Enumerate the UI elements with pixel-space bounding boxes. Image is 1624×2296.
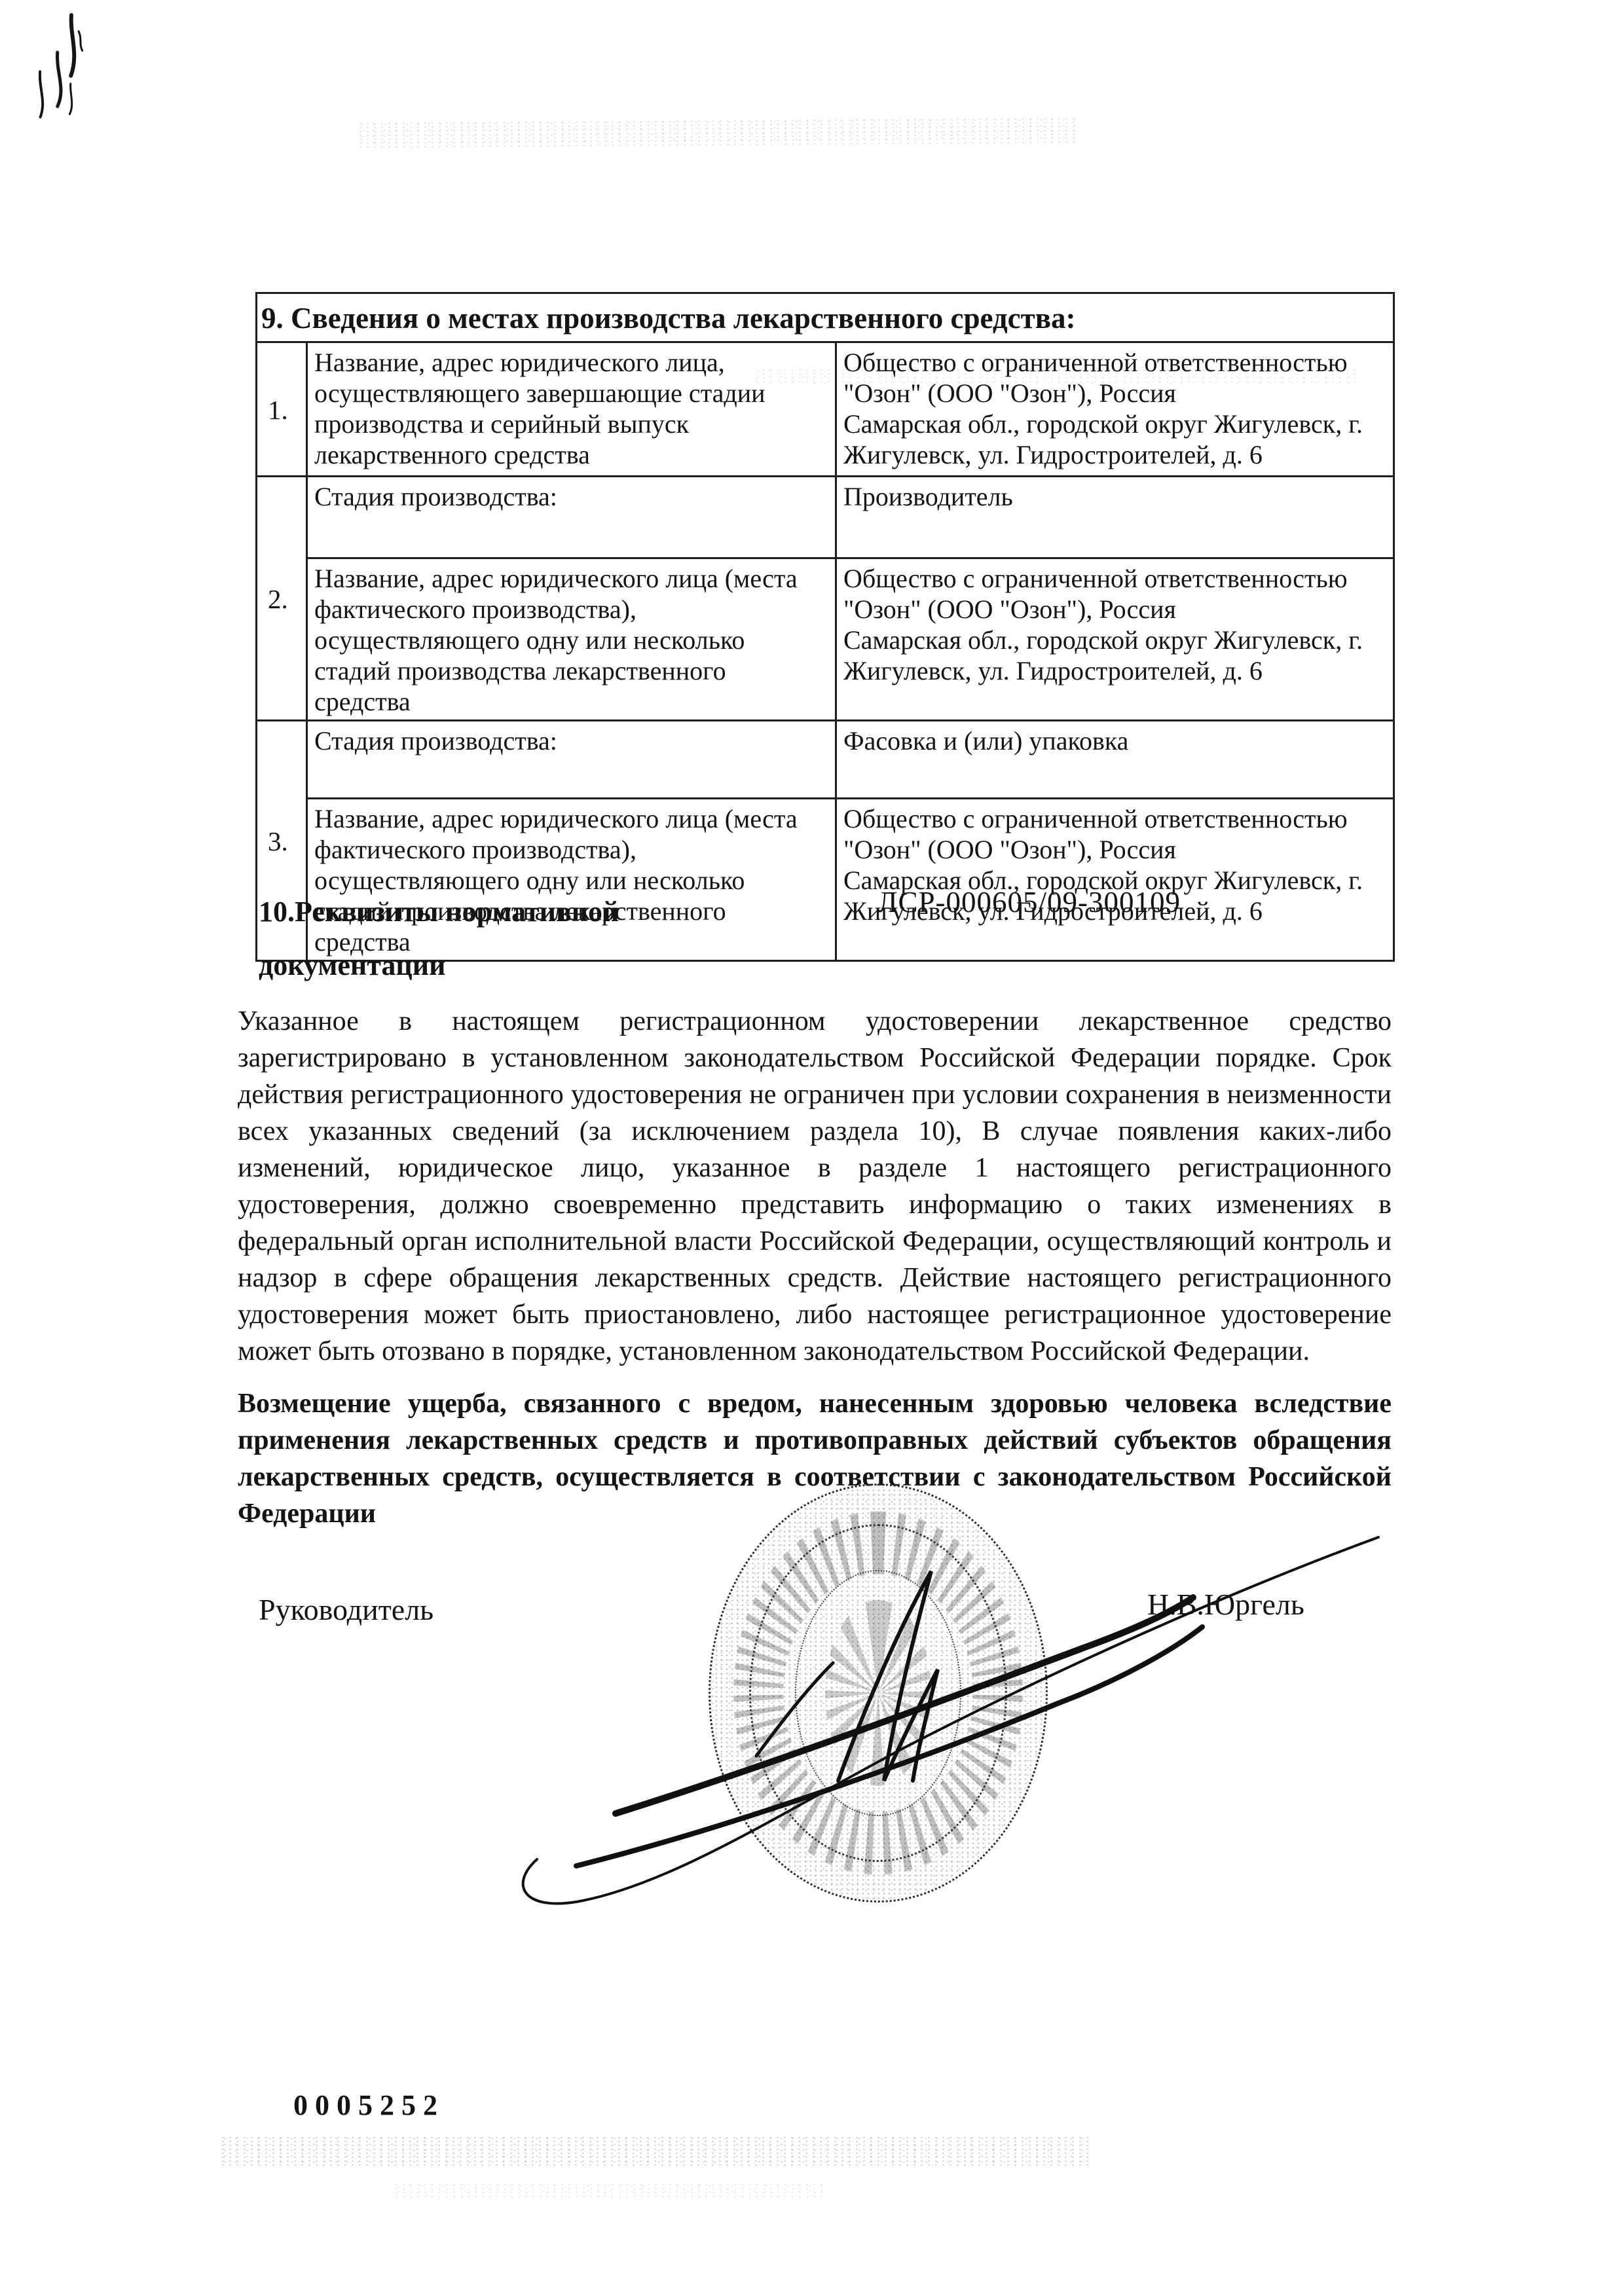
scanned-certificate-page: 9. Сведения о местах производства лекарс…	[0, 0, 1624, 2296]
row-value: Общество с ограниченной ответственностью…	[836, 799, 1394, 961]
table-title: 9. Сведения о местах производства лекарс…	[257, 293, 1394, 342]
scan-noise-band-top	[357, 117, 1077, 148]
table-row: 2. Стадия производства: Производитель	[257, 477, 1394, 558]
row-number: 1.	[257, 342, 307, 477]
row-value: Общество с ограниченной ответственностью…	[836, 342, 1394, 477]
scan-noise-band-bottom	[219, 2136, 1090, 2166]
value-line: Жигулевск, ул. Гидростроителей, д. 6	[843, 439, 1385, 470]
pencil-scribble-icon	[20, 2, 118, 126]
stage-label: Стадия производства:	[307, 477, 836, 558]
row-value: Общество с ограниченной ответственностью…	[836, 558, 1394, 721]
value-line: "Озон" (ООО "Озон"), Россия	[843, 834, 1385, 865]
handwritten-signature-icon	[498, 1473, 1414, 1931]
value-line: Общество с ограниченной ответственностью	[843, 347, 1385, 378]
value-line: "Озон" (ООО "Озон"), Россия	[843, 378, 1385, 409]
table-row: Название, адрес юридического лица (места…	[257, 558, 1394, 721]
value-line: Самарская обл., городской округ Жигулевс…	[843, 409, 1385, 439]
paragraph-legal: Указанное в настоящем регистрационном уд…	[238, 1003, 1392, 1370]
value-line: Общество с ограниченной ответственностью	[843, 803, 1385, 834]
value-line: Самарская обл., городской округ Жигулевс…	[843, 625, 1385, 655]
value-line: "Озон" (ООО "Озон"), Россия	[843, 594, 1385, 625]
registration-number: ЛСР-000605/09-300109	[877, 885, 1181, 919]
table-row: 3. Стадия производства: Фасовка и (или) …	[257, 721, 1394, 799]
row-label: Название, адрес юридического лица, осуще…	[307, 342, 836, 477]
table-header-row: 9. Сведения о местах производства лекарс…	[257, 293, 1394, 342]
section10-heading-line2: документации	[259, 939, 717, 993]
row-number: 2.	[257, 477, 307, 721]
production-sites-table: 9. Сведения о местах производства лекарс…	[255, 292, 1395, 962]
section10-heading-line1: 10.Реквизиты нормативной	[259, 885, 717, 939]
table-row: 1. Название, адрес юридического лица, ос…	[257, 342, 1394, 477]
stage-label: Стадия производства:	[307, 721, 836, 799]
scan-noise-band-bottom2	[393, 2183, 825, 2197]
value-line: Жигулевск, ул. Гидростроителей, д. 6	[843, 655, 1385, 686]
stage-value: Производитель	[836, 477, 1394, 558]
row-label: Название, адрес юридического лица (места…	[307, 558, 836, 721]
serial-number: 0005252	[293, 2088, 445, 2122]
stage-value: Фасовка и (или) упаковка	[836, 721, 1394, 799]
value-line: Общество с ограниченной ответственностью	[843, 563, 1385, 594]
section10-heading: 10.Реквизиты нормативной документации	[259, 885, 717, 993]
signer-role-label: Руководитель	[259, 1592, 434, 1627]
